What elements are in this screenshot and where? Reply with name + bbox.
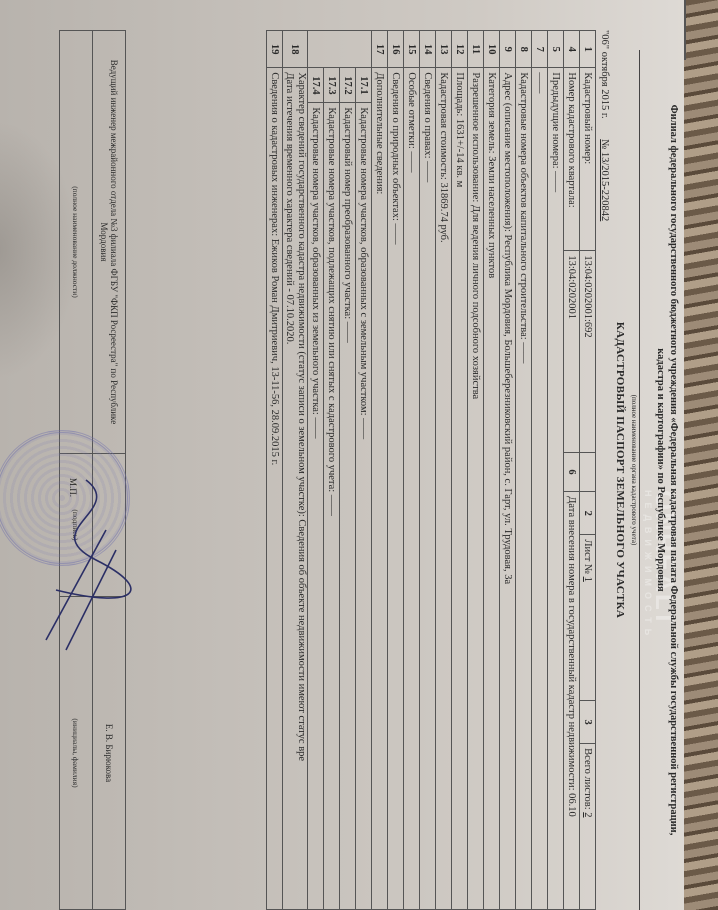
registration-date: Дата внесения номера в государственный к… xyxy=(564,492,580,910)
cadastral-number-value: 13:04:0202001:692 xyxy=(580,251,596,453)
field-value: 1631+/-14 кв. м xyxy=(454,119,465,187)
total-sheets-label: Всего листов: xyxy=(582,748,593,809)
table-row: 1 Кадастровый номер: 13:04:0202001:692 2… xyxy=(580,31,596,910)
field-value: —— xyxy=(390,224,401,245)
subfield-cell: 17.3 Кадастровые номера участков, подлеж… xyxy=(324,68,340,910)
field-cell: Сведения о правах: —— xyxy=(420,68,436,910)
table-row: 7 —— xyxy=(532,31,548,910)
field-label: Кадастровые номера объектов капитального… xyxy=(518,72,529,339)
table-row: 19 Сведения о кадастровых инженерах: Ежи… xyxy=(267,31,283,910)
table-row: 18 Характер сведений государственного ка… xyxy=(283,31,308,910)
field-num: 15 xyxy=(404,31,420,68)
field-cell: Адрес (описание местоположения): Республ… xyxy=(500,68,516,910)
passport-table: 1 Кадастровый номер: 13:04:0202001:692 2… xyxy=(266,30,596,910)
total-sheets-value: 2 xyxy=(582,812,593,817)
position-line1: Ведущий инженер межрайонного отдела №3 ф… xyxy=(109,32,119,452)
record-status-line1: Характер сведений государственного кадас… xyxy=(295,72,307,905)
field-cell: Особые отметки: —— xyxy=(404,68,420,910)
subfield-num: 17.3 xyxy=(324,68,339,103)
field-num: 17 xyxy=(372,31,388,68)
field-num: 6 xyxy=(564,452,580,491)
table-row: 15 Особые отметки: —— xyxy=(404,31,420,910)
table-row: 4 Номер кадастрового квартала: 13:04:020… xyxy=(564,31,580,910)
field-label: Сведения о правах: xyxy=(422,72,433,158)
sheet-value: 1 xyxy=(582,577,593,582)
subfield-text: Кадастровые номера участков, образованны… xyxy=(356,103,371,909)
subfield-cell: 17.4 Кадастровые номера участков, образо… xyxy=(308,68,324,910)
position-line2: Мордовия xyxy=(99,32,109,452)
field-label: Сведения о природных объектах: xyxy=(390,72,401,221)
table-row: 17 Дополнительные сведения: xyxy=(372,31,388,910)
field-num: 8 xyxy=(516,31,532,68)
table-row: 16 Сведения о природных объектах: —— xyxy=(388,31,404,910)
field-num: 18 xyxy=(283,31,308,68)
org-name-line2: кадастра и картографии» по Республике Мо… xyxy=(654,40,667,900)
table-row: 11 Разрешенное использование: Для ведени… xyxy=(468,31,484,910)
field-num: 14 xyxy=(420,31,436,68)
spacer xyxy=(308,31,324,68)
subfield-text: Кадастровые номера участков, подлежащих … xyxy=(324,103,339,909)
spacer xyxy=(356,31,372,68)
field-num: 12 xyxy=(452,31,468,68)
field-label: Категория земель: xyxy=(486,72,497,153)
watermark-sub: НЕДВИЖИМОСТЬ xyxy=(643,490,653,641)
spacer xyxy=(340,31,356,68)
table-row: 12 Площадь: 1631+/-14 кв. м xyxy=(452,31,468,910)
field-num: 4 xyxy=(564,31,580,68)
cadastral-passport-document: ONREALT НЕДВИЖИМОСТЬ Филиал федерального… xyxy=(0,0,686,910)
subfield-value: —— xyxy=(342,322,353,343)
subfield-cell: 17.1 Кадастровые номера участков, образо… xyxy=(356,68,372,910)
field-cell: Дополнительные сведения: xyxy=(372,68,388,910)
quarter-label: Номер кадастрового квартала: xyxy=(564,68,580,251)
field-value: —— xyxy=(406,151,417,172)
top-rule xyxy=(684,0,686,60)
field-label: Особые отметки: xyxy=(406,72,417,148)
field-label: Площадь: xyxy=(454,72,465,116)
previous-numbers: Предыдущие номера: —— xyxy=(548,68,564,910)
field-num: 16 xyxy=(388,31,404,68)
record-status: Характер сведений государственного кадас… xyxy=(283,68,308,910)
organization-name: Филиал федерального государственного бюд… xyxy=(654,40,680,900)
field-7-value: —— xyxy=(532,68,548,910)
subfield-label: Кадастровые номера участков, образованны… xyxy=(358,107,369,415)
position-cell: Ведущий инженер межрайонного отдела №3 ф… xyxy=(93,31,126,454)
org-underline xyxy=(639,50,640,910)
subfield-num: 17.2 xyxy=(340,68,355,103)
cadastral-engineer-label: Сведения о кадастровых инженерах: xyxy=(269,72,280,236)
field-label: Адрес (описание местоположения): xyxy=(502,72,513,231)
field-num: 9 xyxy=(500,31,516,68)
table-row: 17.4 Кадастровые номера участков, образо… xyxy=(308,31,324,910)
field-num: 11 xyxy=(468,31,484,68)
handwritten-signature-icon xyxy=(26,470,146,670)
field-label: Дополнительные сведения: xyxy=(374,72,385,194)
table-row: 14 Сведения о правах: —— xyxy=(420,31,436,910)
table-row: 9 Адрес (описание местоположения): Респу… xyxy=(500,31,516,910)
field-value: Для ведения личного подсобного хозяйства xyxy=(470,205,481,399)
field-cell: Кадастровые номера объектов капитального… xyxy=(516,68,532,910)
subfield-label: Кадастровые номера участков, образованны… xyxy=(310,107,321,414)
field-label: Кадастровая стоимость: xyxy=(438,72,449,179)
field-num: 7 xyxy=(532,31,548,68)
table-row: 17.3 Кадастровые номера участков, подлеж… xyxy=(324,31,340,910)
quarter-value: 13:04:0202001 xyxy=(564,251,580,453)
field-cell: Площадь: 1631+/-14 кв. м xyxy=(452,68,468,910)
field-num: 3 xyxy=(580,701,596,744)
cadastral-number-label: Кадастровый номер: xyxy=(580,68,596,251)
subfield-text: Кадастровые номера участков, образованны… xyxy=(308,103,323,909)
subfield-value: —— xyxy=(358,418,369,439)
spacer xyxy=(324,31,340,68)
sheet-label: Лист № xyxy=(582,539,593,574)
field-value: —— xyxy=(518,342,529,363)
table-row: 10 Категория земель: Земли населенных пу… xyxy=(484,31,500,910)
table-row: 17.2 Кадастровый номер преобразованного … xyxy=(340,31,356,910)
field-label: Разрешенное использование: xyxy=(470,72,481,202)
table-row: 17.1 Кадастровые номера участков, образо… xyxy=(356,31,372,910)
document-number: № 13/2015-220842 xyxy=(599,139,610,221)
subfield-value: —— xyxy=(310,417,321,438)
record-status-line2: Дата истечения временного характера свед… xyxy=(283,72,295,905)
date-line: "06" октября 2015 г. № 13/2015-220842 xyxy=(599,30,610,221)
field-num: 1 xyxy=(580,31,596,68)
field-value: Земли населенных пунктов xyxy=(486,156,497,278)
subfield-label: Кадастровые номера участков, подлежащих … xyxy=(326,107,337,492)
field-cell: Сведения о природных объектах: —— xyxy=(388,68,404,910)
field-num: 2 xyxy=(580,492,596,535)
field-cell: Разрешенное использование: Для ведения л… xyxy=(468,68,484,910)
table-row: 13 Кадастровая стоимость: 31869.74 руб. xyxy=(436,31,452,910)
table-row: 5 Предыдущие номера: —— xyxy=(548,31,564,910)
field-value: Республика Мордовия, Большеберезниковски… xyxy=(502,235,513,585)
wooden-table-edge xyxy=(684,0,718,910)
subfield-label: Кадастровый номер преобразованного участ… xyxy=(342,107,353,319)
subfield-value: —— xyxy=(326,495,337,516)
org-name-line1: Филиал федерального государственного бюд… xyxy=(667,40,680,900)
subfield-text: Кадастровый номер преобразованного участ… xyxy=(340,103,355,909)
previous-numbers-label: Предыдущие номера: xyxy=(550,72,561,168)
org-caption: (полное наименование органа кадастрового… xyxy=(630,40,638,900)
field-num: 10 xyxy=(484,31,500,68)
previous-numbers-value: —— xyxy=(550,171,561,192)
field-cell: Кадастровая стоимость: 31869.74 руб. xyxy=(436,68,452,910)
field-cell: Категория земель: Земли населенных пункт… xyxy=(484,68,500,910)
field-value: —— xyxy=(422,161,433,182)
subfield-num: 17.4 xyxy=(308,68,323,103)
subfield-cell: 17.2 Кадастровый номер преобразованного … xyxy=(340,68,356,910)
registration-date-label: Дата внесения номера в государственный к… xyxy=(566,496,577,790)
cadastral-engineer-value: Ежиков Роман Дмитриевич, 13-11-56, 28.09… xyxy=(269,239,280,466)
field-value: 31869.74 руб. xyxy=(438,182,449,242)
position-caption: (полное наименование должности) xyxy=(60,31,93,454)
field-num: 5 xyxy=(548,31,564,68)
field-num: 13 xyxy=(436,31,452,68)
cadastral-engineer: Сведения о кадастровых инженерах: Ежиков… xyxy=(267,68,283,910)
registration-date-value: 06.10 xyxy=(566,793,577,817)
document-title: КАДАСТРОВЫЙ ПАСПОРТ ЗЕМЕЛЬНОГО УЧАСТКА xyxy=(614,40,626,900)
subfield-num: 17.1 xyxy=(356,68,371,103)
issue-date: "06" октября 2015 г. xyxy=(599,30,610,119)
table-row: 8 Кадастровые номера объектов капитально… xyxy=(516,31,532,910)
total-sheets: Всего листов: 2 xyxy=(580,744,596,910)
field-num: 19 xyxy=(267,31,283,68)
sheet-number: Лист № 1 xyxy=(580,535,596,701)
